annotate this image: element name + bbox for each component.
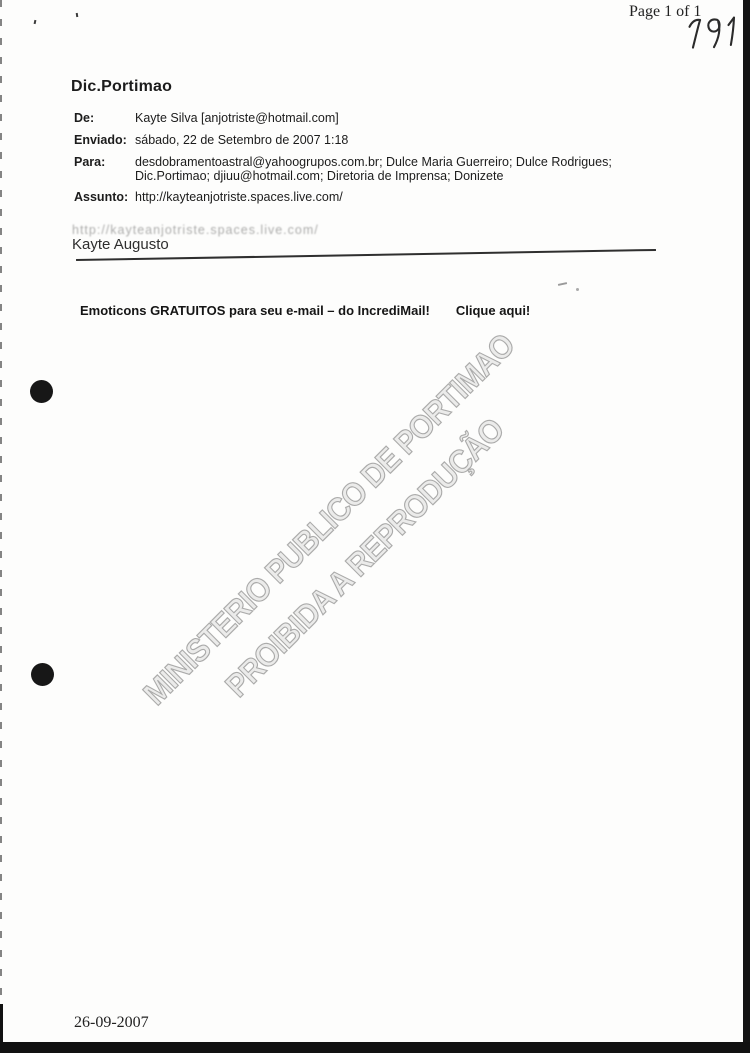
to-label: Para:	[74, 155, 135, 169]
pencil-mark	[576, 288, 579, 291]
pencil-mark	[558, 282, 567, 286]
promo-line: Emoticons GRATUITOS para seu e-mail – do…	[80, 303, 530, 318]
scanned-email-page: MINISTERIO PUBLICO DE PORTIMAO PROIBIDA …	[0, 0, 750, 1053]
scan-edge-left	[0, 0, 2, 1010]
to-value: desdobramentoastral@yahoogrupos.com.br; …	[135, 155, 612, 183]
scan-edge-right	[743, 0, 750, 1053]
sent-value: sábado, 22 de Setembro de 2007 1:18	[135, 133, 348, 147]
email-mailbox-title: Dic.Portimao	[71, 78, 172, 96]
from-value: Kayte Silva [anjotriste@hotmail.com]	[135, 111, 339, 125]
watermark-line-1: MINISTERIO PUBLICO DE PORTIMAO	[135, 325, 525, 715]
handwritten-791-strokes	[687, 12, 744, 54]
faded-url-line: http://kayteanjotriste.spaces.live.com/	[72, 223, 319, 237]
from-label: De:	[74, 111, 135, 125]
scan-edge-bottom	[0, 1042, 750, 1053]
header-row-subject: Assunto:http://kayteanjotriste.spaces.li…	[74, 190, 343, 204]
header-row-sent: Enviado:sábado, 22 de Setembro de 2007 1…	[74, 133, 348, 147]
subject-label: Assunto:	[74, 190, 135, 204]
header-row-from: De:Kayte Silva [anjotriste@hotmail.com]	[74, 111, 339, 125]
hole-punch-mark-top	[30, 380, 53, 403]
scan-speck	[76, 13, 79, 17]
scan-speck	[34, 20, 37, 24]
subject-value: http://kayteanjotriste.spaces.live.com/	[135, 190, 343, 204]
handwritten-page-number: 791	[687, 12, 744, 54]
footer-date: 26-09-2007	[74, 1014, 149, 1032]
sent-label: Enviado:	[74, 133, 135, 147]
header-row-to: Para:desdobramentoastral@yahoogrupos.com…	[74, 155, 612, 183]
hole-punch-mark-bottom	[31, 663, 54, 686]
to-value-line1: desdobramentoastral@yahoogrupos.com.br; …	[135, 155, 612, 169]
signature-name: Kayte Augusto	[72, 236, 169, 253]
promo-text: Emoticons GRATUITOS para seu e-mail – do…	[80, 303, 430, 318]
to-value-line2: Dic.Portimao; djiuu@hotmail.com; Diretor…	[135, 169, 503, 183]
promo-click-here-text: Clique aqui!	[456, 303, 530, 318]
